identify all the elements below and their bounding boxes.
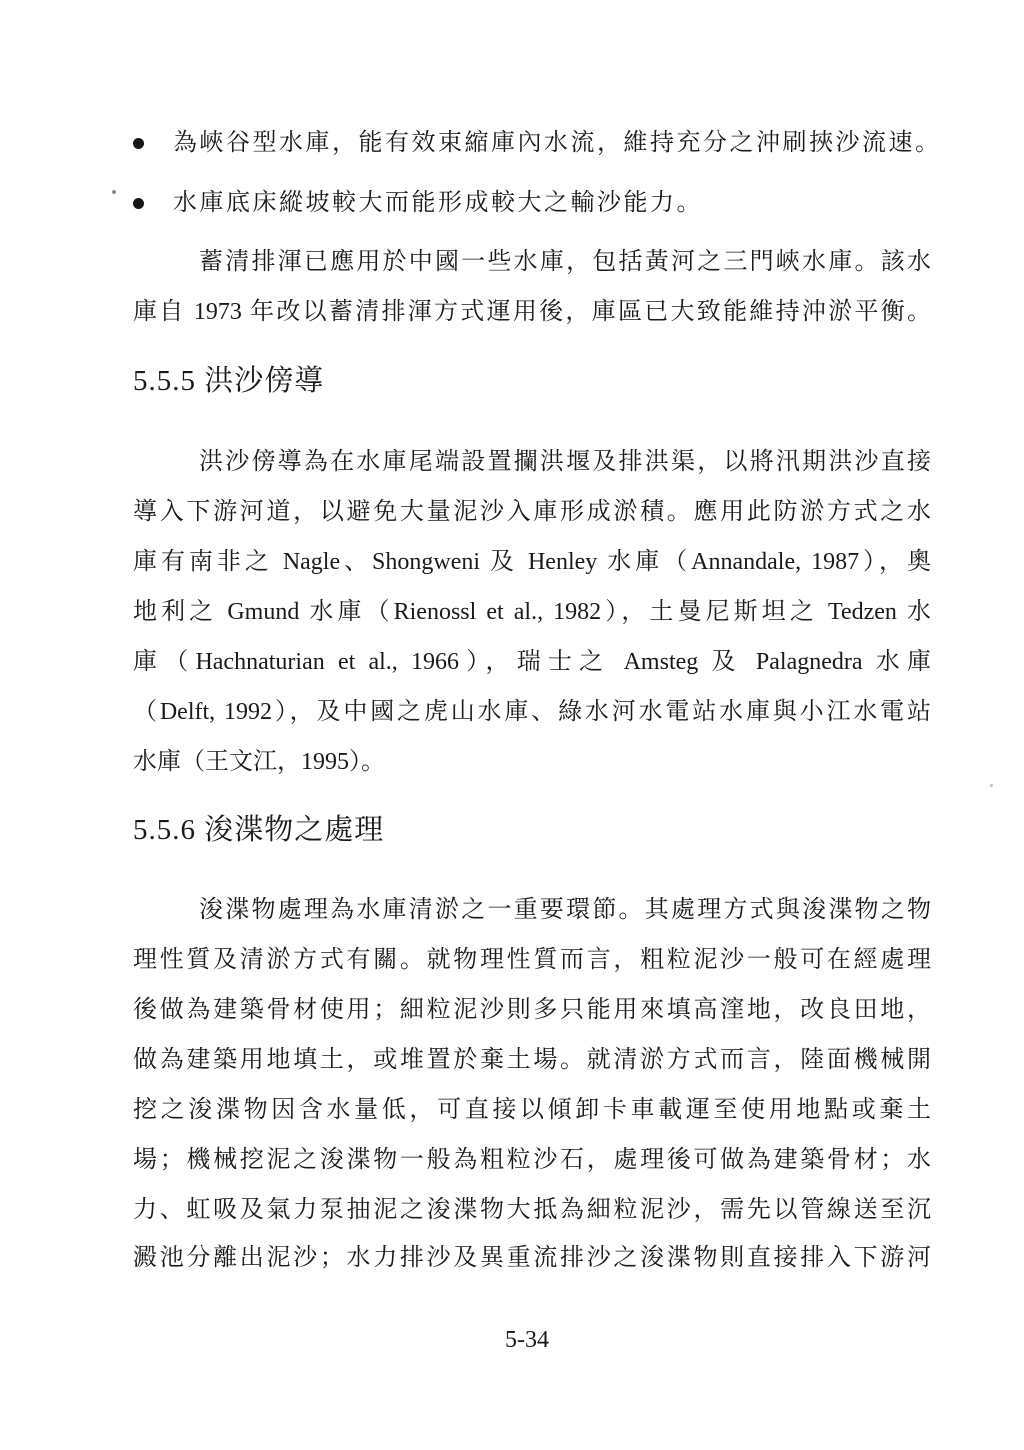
body-line: 力、虹吸及氣力泵抽泥之浚渫物大抵為細粒泥沙，需先以管線送至沉: [133, 1190, 931, 1232]
body-line: （Delft, 1992），及中國之虎山水庫、綠水河水電站水庫與小江水電站: [133, 692, 931, 734]
bullet-item: 水庫底床縱坡較大而能形成較大之輸沙能力。: [133, 182, 931, 224]
body-line: 後做為建築骨材使用；細粒泥沙則多只能用來填高漥地，改良田地，: [133, 990, 931, 1032]
body-line: 理性質及清淤方式有關。就物理性質而言，粗粒泥沙一般可在經處理: [133, 940, 931, 982]
bullet-item-text: 水庫底床縱坡較大而能形成較大之輸沙能力。: [173, 183, 703, 223]
section-heading-556: 5.5.6 浚渫物之處理: [133, 810, 931, 854]
body-line: 庫（Hachnaturian et al., 1966），瑞士之 Amsteg …: [133, 642, 931, 684]
body-line: 庫自 1973 年改以蓄清排渾方式運用後，庫區已大致能維持沖淤平衡。: [133, 292, 931, 334]
scan-artifact-dot: [990, 784, 993, 787]
body-line: 洪沙傍導為在水庫尾端設置攔洪堰及排洪渠，以將汛期洪沙直接: [133, 442, 931, 484]
bullet-icon: [133, 138, 144, 149]
body-line: 澱池分離出泥沙；水力排沙及異重流排沙之浚渫物則直接排入下游河: [133, 1238, 931, 1280]
body-line: 水庫（王文江，1995）。: [133, 742, 931, 784]
body-line: 做為建築用地填土，或堆置於棄土場。就清淤方式而言，陸面機械開: [133, 1040, 931, 1082]
bullet-icon: [133, 198, 144, 209]
scan-artifact-dot: [112, 190, 116, 194]
body-line: 導入下游河道，以避免大量泥沙入庫形成淤積。應用此防淤方式之水: [133, 492, 931, 534]
body-line: 地利之 Gmund 水庫（Rienossl et al., 1982），土曼尼斯…: [133, 592, 931, 634]
document-page: 為峽谷型水庫，能有效束縮庫內水流，維持充分之沖刷挾沙流速。 水庫底床縱坡較大而能…: [0, 0, 1024, 1450]
body-line: 浚渫物處理為水庫清淤之一重要環節。其處理方式與浚渫物之物: [133, 890, 931, 932]
body-line: 場；機械挖泥之浚渫物一般為粗粒沙石，處理後可做為建築骨材；水: [133, 1140, 931, 1182]
body-line: 蓄清排渾已應用於中國一些水庫，包括黃河之三門峽水庫。該水: [133, 242, 931, 284]
page-number: 5-34: [15, 1320, 1024, 1360]
section-heading-555: 5.5.5 洪沙傍導: [133, 361, 931, 405]
bullet-item: 為峽谷型水庫，能有效束縮庫內水流，維持充分之沖刷挾沙流速。: [133, 122, 931, 164]
bullet-item-text: 為峽谷型水庫，能有效束縮庫內水流，維持充分之沖刷挾沙流速。: [173, 123, 942, 163]
body-line: 挖之浚渫物因含水量低，可直接以傾卸卡車載運至使用地點或棄土: [133, 1090, 931, 1132]
body-line: 庫有南非之 Nagle、Shongweni 及 Henley 水庫（Annand…: [133, 542, 931, 584]
